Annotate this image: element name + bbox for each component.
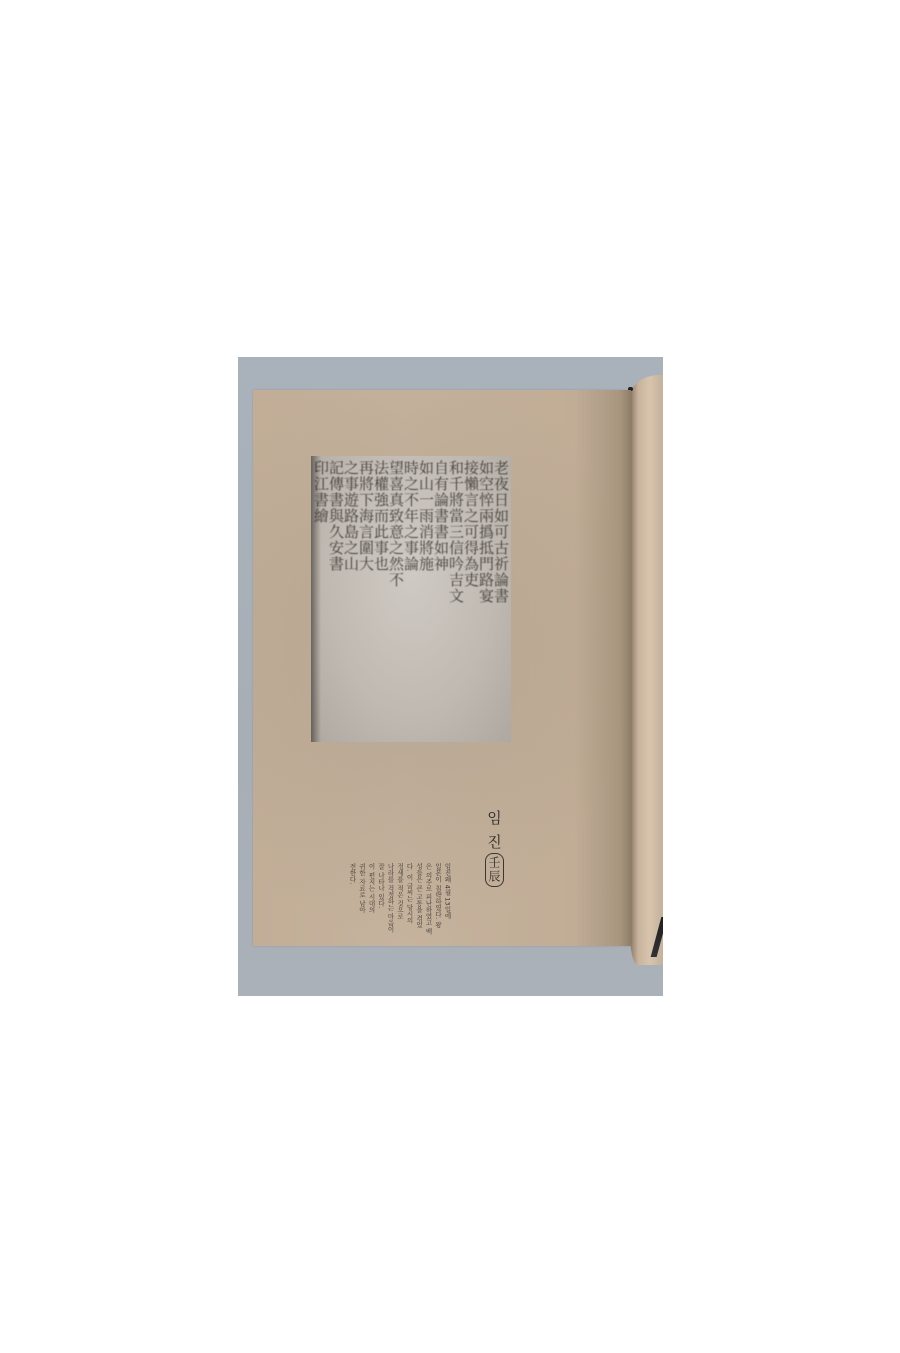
calligraphy-column: 望喜真致意之然不 — [388, 460, 404, 588]
caption-line: 성들은 큰 고통을 겪었 — [415, 863, 424, 963]
caption-line: 다. 이 글씨는 당시의 — [405, 863, 414, 963]
calligraphy-column: 印江書繪 — [313, 460, 329, 524]
calligraphy-column: 自有論書書如神 — [433, 460, 449, 572]
title-hangul: 임 진 — [485, 810, 503, 851]
caption-line: 임진왜 4월 13일에 — [443, 863, 452, 963]
calligraphy-column: 如山一雨消將施 — [418, 460, 434, 572]
caption-line: 전한다. — [348, 863, 357, 963]
calligraphy-column: 記傳書與久安書 — [328, 460, 344, 572]
caption-line: 은 의주로 피난하였고 백 — [424, 863, 433, 963]
calligraphy-column: 接懶言之可得為吏 — [463, 460, 479, 588]
book-page: 老夜日如可古祈論書 如空悴兩撝抵門路宴 接懶言之可得為吏 和千將當三信吟吉文 自… — [253, 390, 631, 946]
calligraphy-image: 老夜日如可古祈論書 如空悴兩撝抵門路宴 接懶言之可得為吏 和千將當三信吟吉文 自… — [311, 456, 511, 742]
title-hanja: 壬辰 — [485, 853, 504, 887]
caption-line: 정세를 적은 것으로 — [396, 863, 405, 963]
calligraphy-column: 老夜日如可古祈論書 — [493, 460, 509, 604]
book-photo: 老夜日如可古祈論書 如空悴兩撝抵門路宴 接懶言之可得為吏 和千將當三信吟吉文 自… — [238, 357, 663, 996]
calligraphy-column: 如空悴兩撝抵門路宴 — [478, 460, 494, 604]
caption-line: 잘 나타나 있다. — [377, 863, 386, 963]
caption-line: 일본이 침략하였다. 왕 — [434, 863, 443, 963]
caption-line: 나라를 걱정하는 마음이 — [386, 863, 395, 963]
caption-text: 임진왜 4월 13일에 일본이 침략하였다. 왕 은 의주로 피난하였고 백 성… — [348, 863, 452, 963]
calligraphy-column: 之事遊路島之山 — [343, 460, 359, 572]
caption-line: 귀한 자료로 남아 — [358, 863, 367, 963]
calligraphy-column: 再將下海言圍大 — [358, 460, 374, 572]
calligraphy-column: 法權強而此事也 — [373, 460, 389, 572]
calligraphy-column: 和千將當三信吟吉文 — [448, 460, 464, 604]
caption-line: 이 편지는 시대의 — [367, 863, 376, 963]
next-page-edge — [630, 375, 663, 965]
calligraphy-column: 時之不年之事論 — [403, 460, 419, 572]
page-title: 임 진壬辰 — [484, 810, 505, 887]
